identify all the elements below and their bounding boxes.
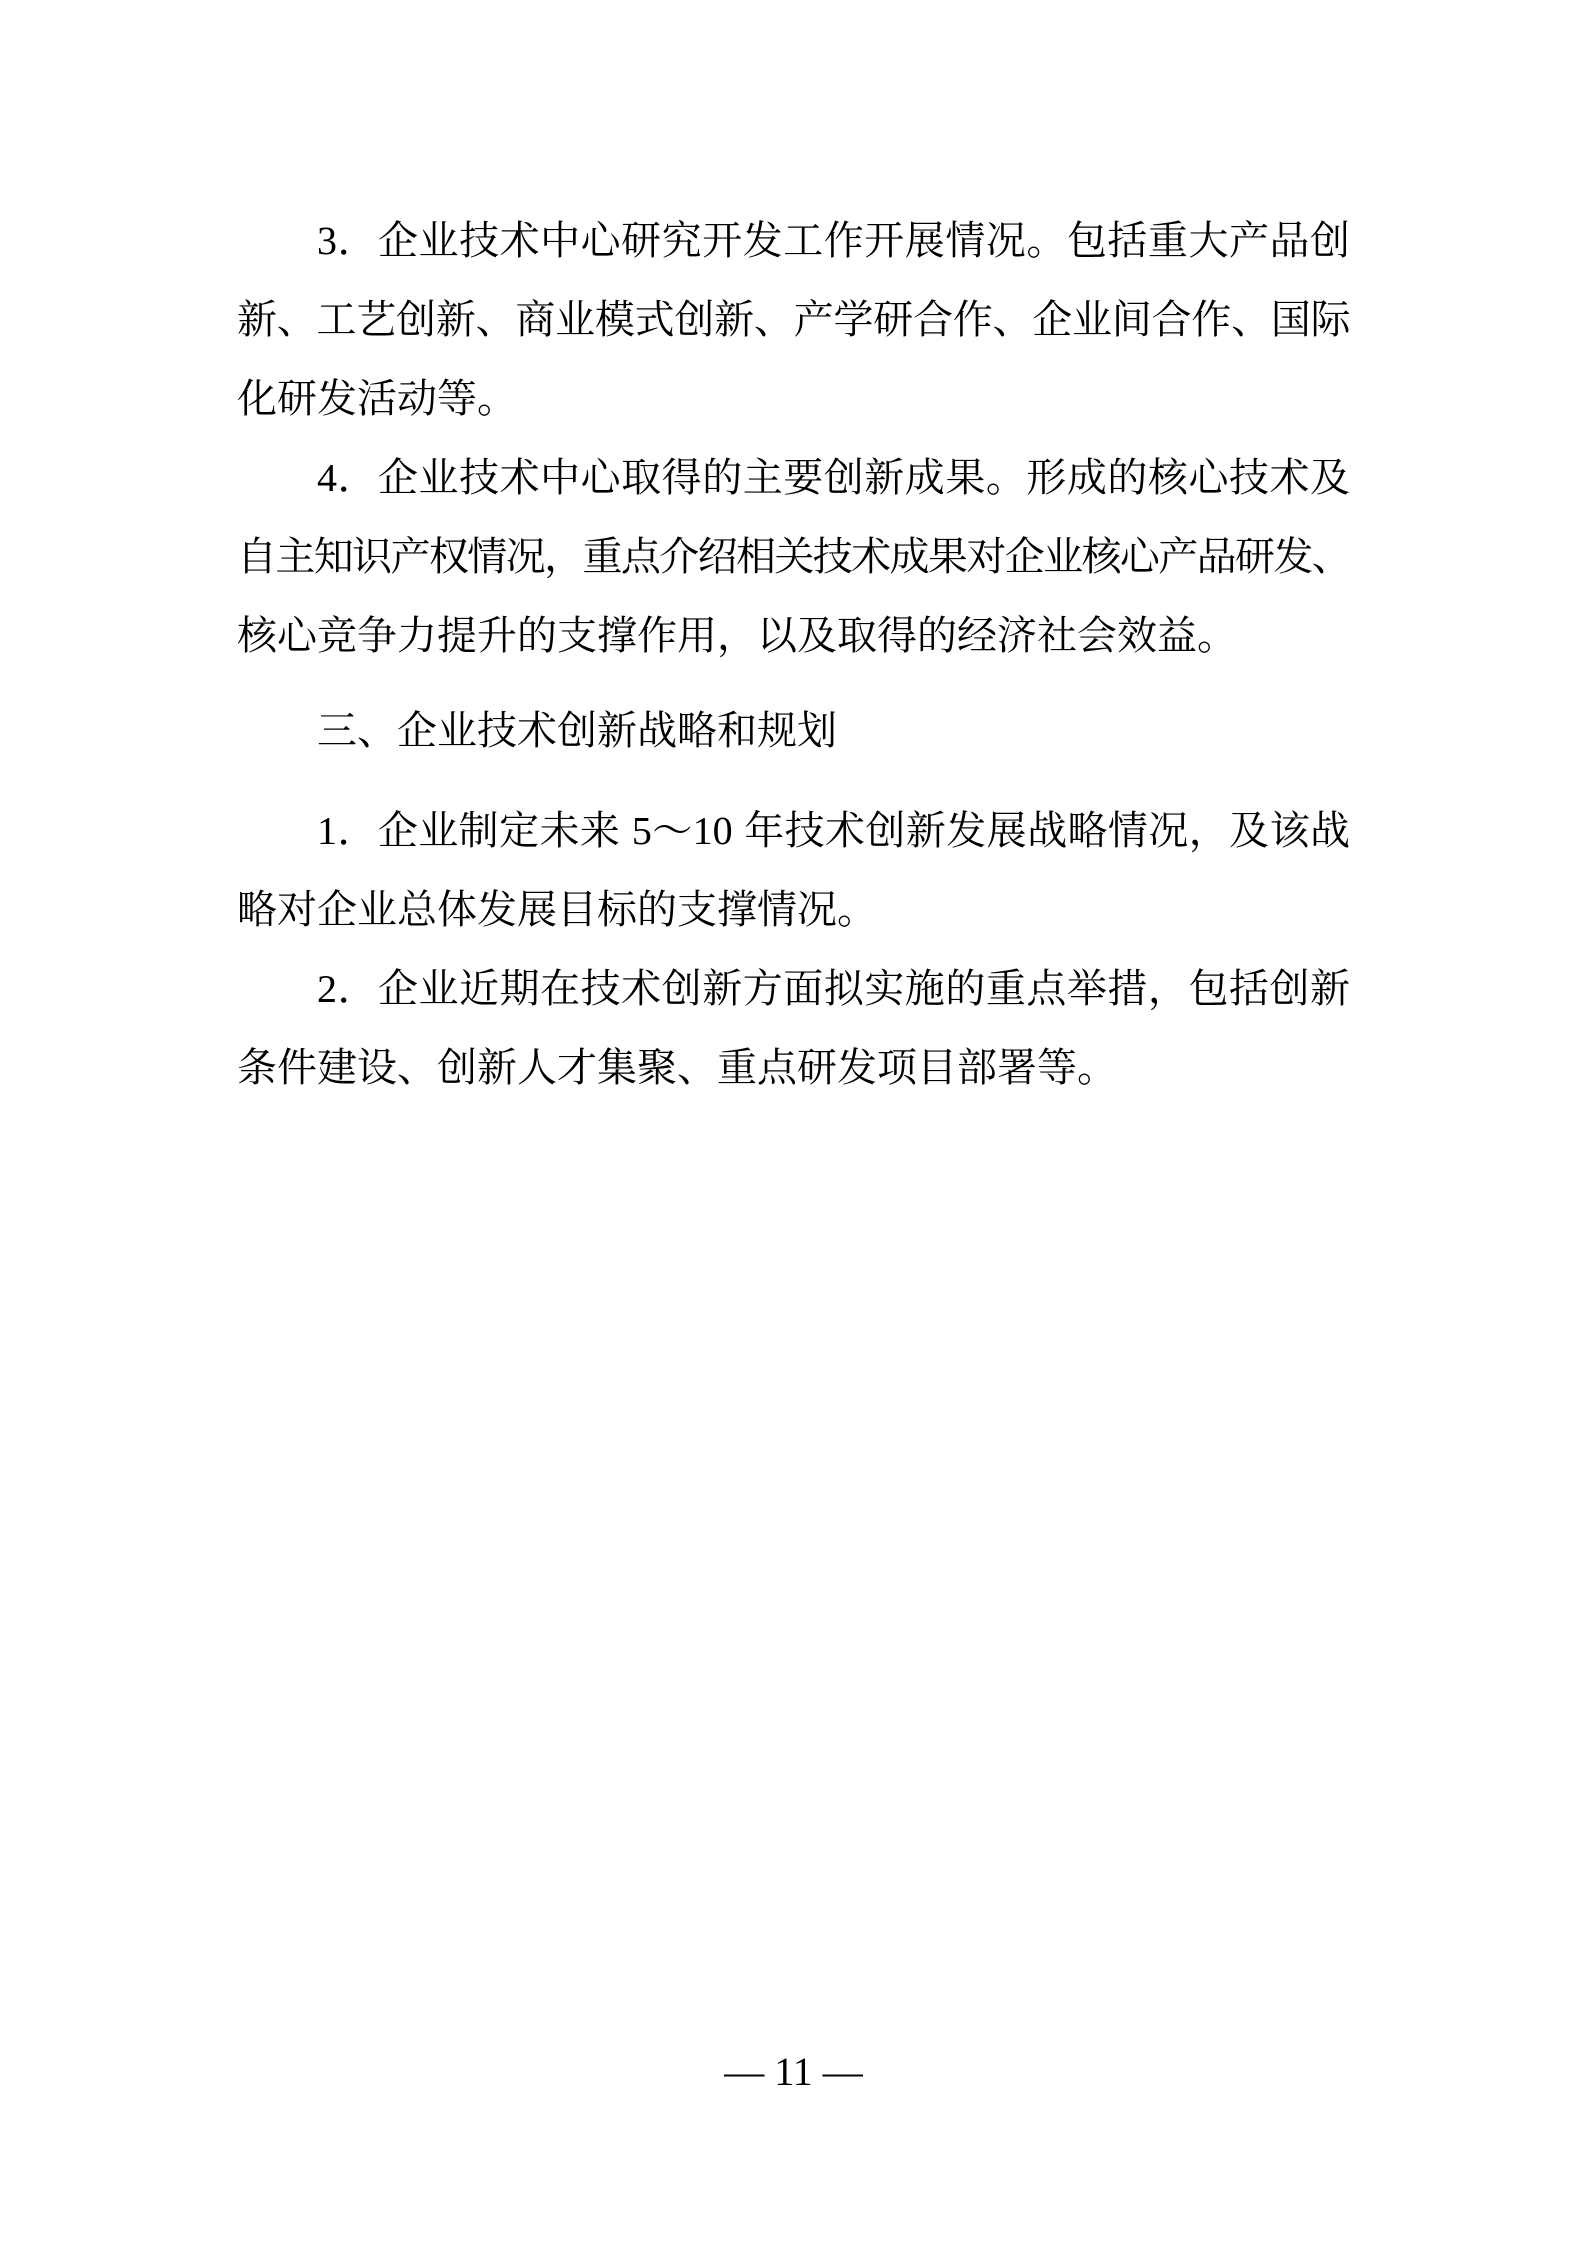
paragraph-item-1: 1．企业制定未来 5～10 年技术创新发展战略情况，及该战 略对企业总体发展目标… [237, 792, 1350, 950]
paragraph-item-2: 2．企业近期在技术创新方面拟实施的重点举措，包括创新 条件建设、创新人才集聚、重… [237, 950, 1350, 1108]
document-body: 3．企业技术中心研究开发工作开展情况。包括重大产品创 新、工艺创新、商业模式创新… [237, 202, 1350, 1108]
paragraph-item-4: 4．企业技术中心取得的主要创新成果。形成的核心技术及 自主知识产权情况，重点介绍… [237, 439, 1350, 676]
paragraph-line: 新、工艺创新、商业模式创新、产学研合作、企业间合作、国际 [237, 281, 1350, 360]
section-heading: 三、企业技术创新战略和规划 [237, 692, 1350, 771]
paragraph-line: 核心竞争力提升的支撑作用，以及取得的经济社会效益。 [237, 597, 1350, 676]
paragraph-line: 略对企业总体发展目标的支撑情况。 [237, 871, 1350, 950]
paragraph-item-3: 3．企业技术中心研究开发工作开展情况。包括重大产品创 新、工艺创新、商业模式创新… [237, 202, 1350, 439]
page-number: — 11 — [0, 2050, 1587, 2094]
document-page: 3．企业技术中心研究开发工作开展情况。包括重大产品创 新、工艺创新、商业模式创新… [0, 0, 1587, 2245]
paragraph-line: 2．企业近期在技术创新方面拟实施的重点举措，包括创新 [237, 950, 1350, 1029]
paragraph-line: 自主知识产权情况，重点介绍相关技术成果对企业核心产品研发、 [237, 518, 1350, 597]
paragraph-line: 1．企业制定未来 5～10 年技术创新发展战略情况，及该战 [237, 792, 1350, 871]
paragraph-line: 4．企业技术中心取得的主要创新成果。形成的核心技术及 [237, 439, 1350, 518]
paragraph-line: 条件建设、创新人才集聚、重点研发项目部署等。 [237, 1029, 1350, 1108]
paragraph-line: 化研发活动等。 [237, 360, 1350, 439]
paragraph-line: 3．企业技术中心研究开发工作开展情况。包括重大产品创 [237, 202, 1350, 281]
